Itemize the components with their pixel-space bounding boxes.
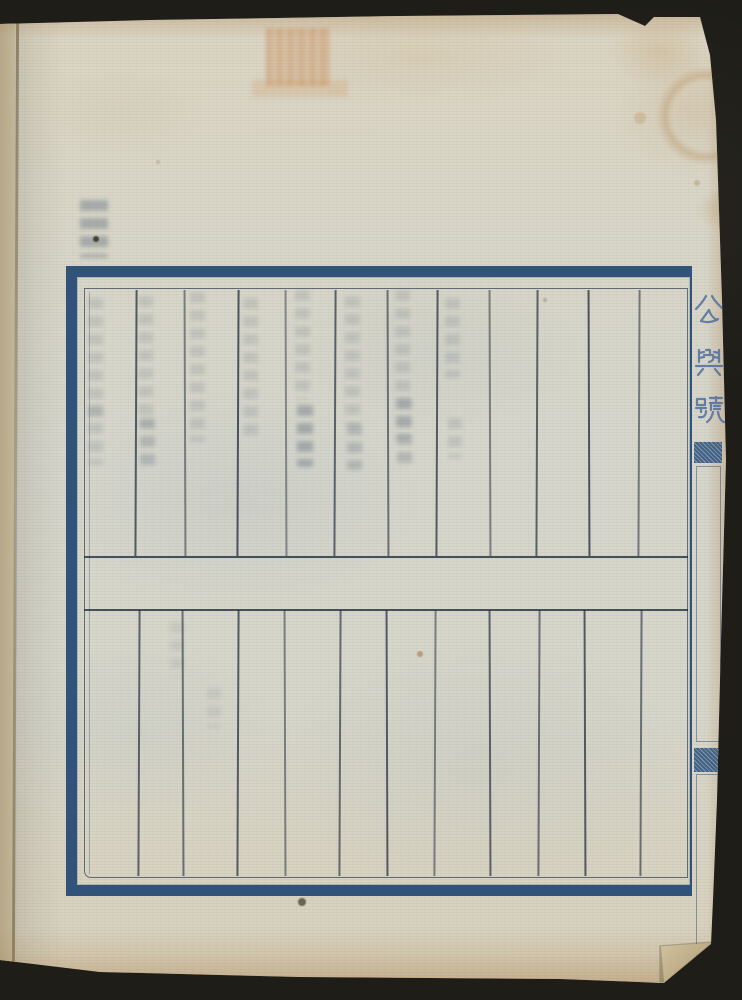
foxing-dot [694,180,700,186]
spine-ruled-box-lower [696,774,721,970]
browned-bottom-edge [0,926,742,982]
spine-char-hao [696,397,724,422]
spine-char-yu [696,350,722,375]
foxing-dot [417,651,423,657]
gutter-shadow [0,0,64,1000]
spine-ink-block-upper [694,442,722,463]
inner-double-line [89,292,90,874]
seal-impression-bleedthrough [266,28,330,86]
foxing-dot [634,112,646,124]
browned-top-edge [0,12,742,38]
book-page [0,0,742,1000]
spine-char-gong [696,296,722,322]
foxing-dot [543,298,547,302]
section-divider-top-line [84,556,688,558]
scan-background [0,0,742,1000]
spine-ink-block-lower [694,748,722,772]
bleedthrough-smudge [80,200,108,258]
seal-band-bleedthrough [252,80,348,97]
spine-title [692,288,726,464]
foxing-dot [93,236,99,242]
section-divider-bottom-line [84,609,688,611]
foxing-dot [298,898,306,906]
foxing-dot [156,160,160,164]
fore-edge-strip [692,278,726,975]
spine-ruled-box-upper [696,466,721,742]
